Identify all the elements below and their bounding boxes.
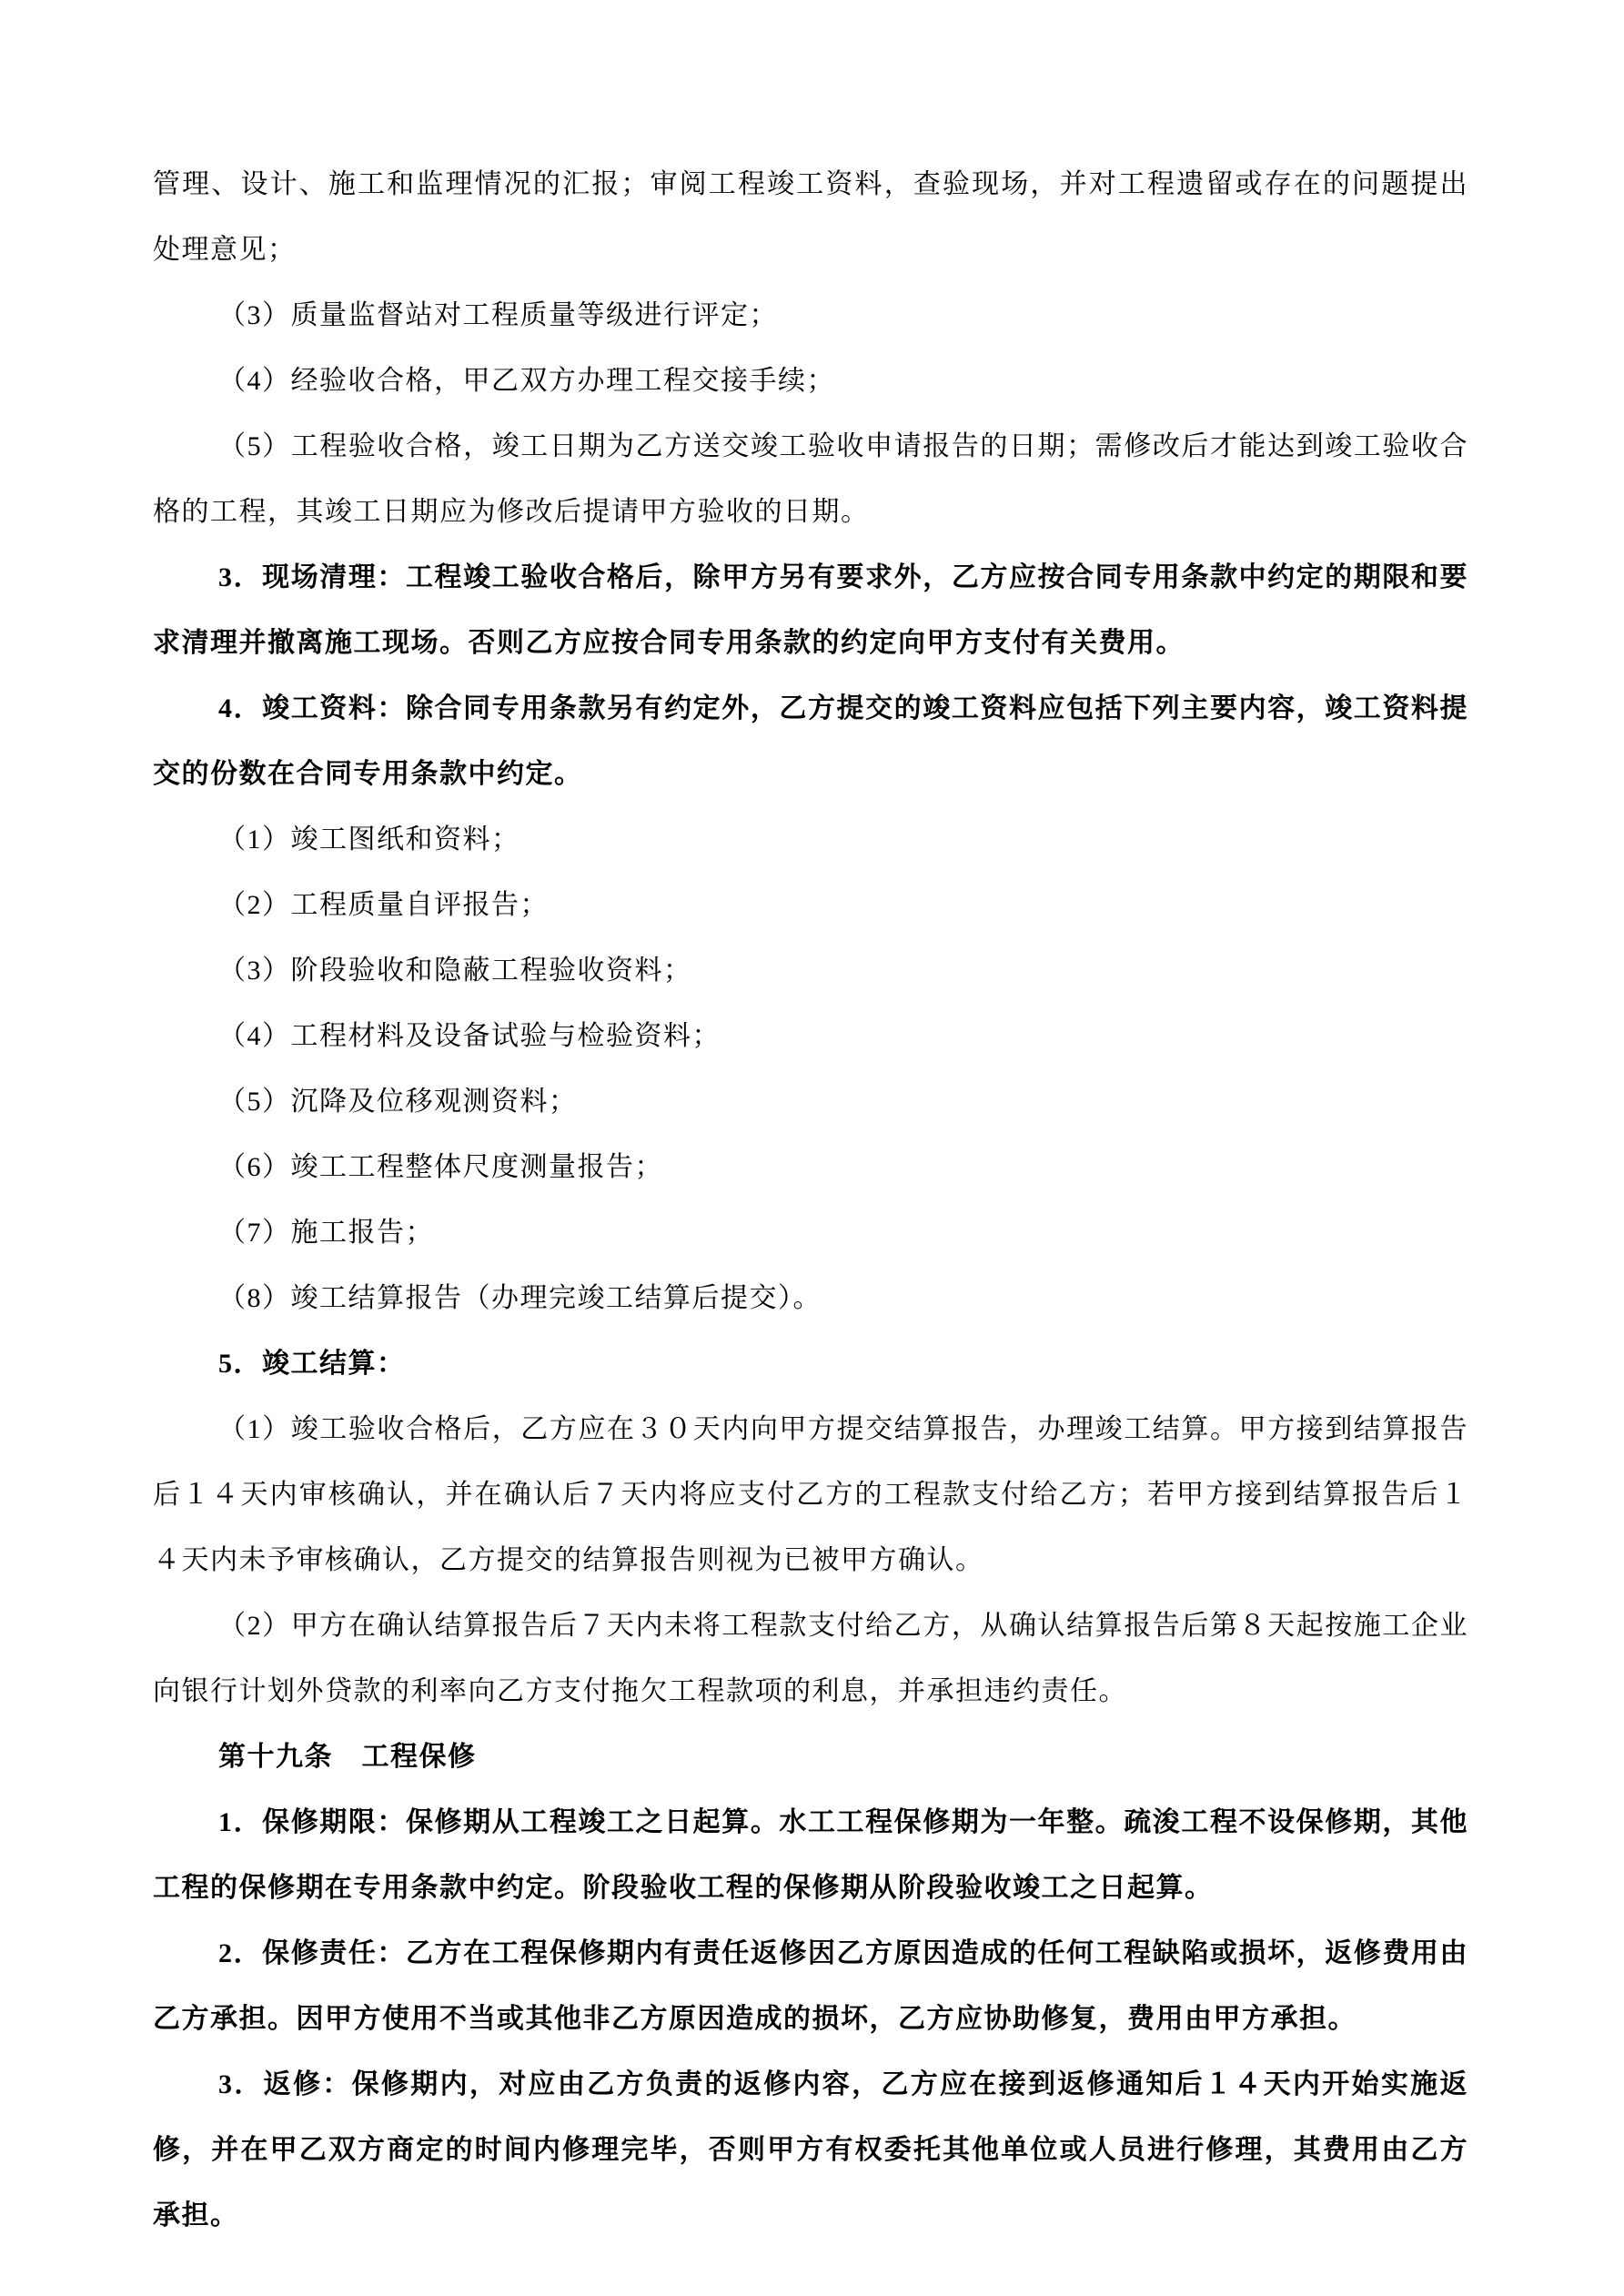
docs-item-6: （6）竣工工程整体尺度测量报告； [153,1135,1468,1200]
docs-item-8: （8）竣工结算报告（办理完竣工结算后提交）。 [153,1266,1468,1331]
clause-4-completion-documents: 4．竣工资料：除合同专用条款另有约定外，乙方提交的竣工资料应包括下列主要内容，竣… [153,676,1468,807]
docs-item-7: （7）施工报告； [153,1200,1468,1266]
paragraph-continuation: 管理、设计、施工和监理情况的汇报；审阅工程竣工资料，查验现场，并对工程遗留或存在… [153,152,1468,283]
article-19-heading: 第十九条 工程保修 [153,1725,1468,1790]
docs-item-1: （1）竣工图纸和资料； [153,807,1468,873]
docs-item-5: （5）沉降及位移观测资料； [153,1069,1468,1135]
clause-5-final-settlement: 5．竣工结算： [153,1331,1468,1397]
acceptance-item-4: （4）经验收合格，甲乙双方办理工程交接手续； [153,349,1468,414]
warranty-clause-1-period: 1．保修期限：保修期从工程竣工之日起算。水工工程保修期为一年整。疏浚工程不设保修… [153,1790,1468,1921]
settlement-item-1: （1）竣工验收合格后，乙方应在３０天内向甲方提交结算报告，办理竣工结算。甲方接到… [153,1397,1468,1593]
settlement-item-2: （2）甲方在确认结算报告后７天内未将工程款支付给乙方，从确认结算报告后第８天起按… [153,1593,1468,1725]
warranty-clause-2-liability: 2．保修责任：乙方在工程保修期内有责任返修因乙方原因造成的任何工程缺陷或损坏，返… [153,1921,1468,2052]
docs-item-3: （3）阶段验收和隐蔽工程验收资料； [153,938,1468,1004]
docs-item-4: （4）工程材料及设备试验与检验资料； [153,1004,1468,1069]
warranty-clause-3-repair: 3．返修：保修期内，对应由乙方负责的返修内容，乙方应在接到返修通知后１４天内开始… [153,2052,1468,2249]
docs-item-2: （2）工程质量自评报告； [153,873,1468,938]
acceptance-item-3: （3）质量监督站对工程质量等级进行评定； [153,283,1468,349]
acceptance-item-5: （5）工程验收合格，竣工日期为乙方送交竣工验收申请报告的日期；需修改后才能达到竣… [153,414,1468,545]
document-page: 管理、设计、施工和监理情况的汇报；审阅工程竣工资料，查验现场，并对工程遗留或存在… [0,0,1624,2296]
clause-3-site-clearing: 3．现场清理：工程竣工验收合格后，除甲方另有要求外，乙方应按合同专用条款中约定的… [153,545,1468,676]
